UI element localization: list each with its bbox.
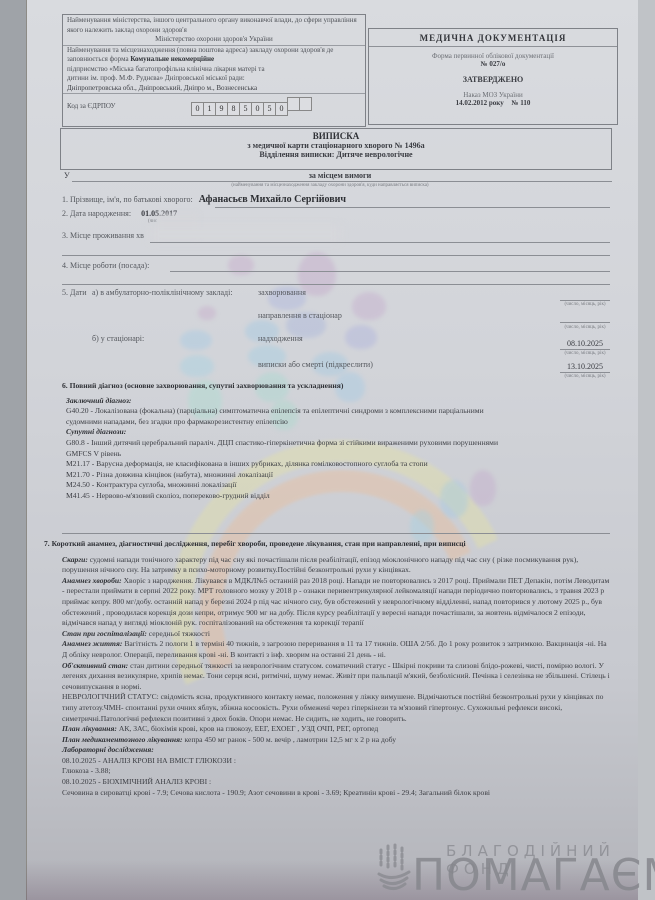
facility-header-box: Найменування міністерства, іншого центра… [62, 14, 366, 127]
diagnosis-item: G80.8 - Інший дитячий церебральний парал… [66, 438, 610, 449]
complaints-label: Скарги: [62, 555, 88, 564]
lab-test-title: 08.10.2025 - АНАЛІЗ КРОВІ НА ВМІСТ ГЛЮКО… [62, 756, 610, 767]
discharge-date: 13.10.2025 [558, 361, 612, 372]
diagnosis-item: M21.70 - Різна довжина кінцівок (набута)… [66, 470, 610, 481]
background-surface [638, 0, 655, 900]
inpatient-label: б) у стаціонарі: [92, 334, 144, 343]
diagnosis-item: M41.45 - Нервово-м'язовий сколіоз, попер… [66, 491, 610, 502]
diagnosis-item: GMFCS V рівень [66, 449, 610, 460]
life-history-text: Вагітність 2 пологи 1 в терміні 40 тижні… [62, 639, 607, 659]
admission-state-label: Стан при госпіталізації: [62, 629, 147, 638]
form-number: № 027/о [369, 60, 617, 68]
concomitant-diagnoses-label: Супутні діагнози: [66, 427, 610, 438]
date-caption: (число, місяць, рік) [560, 374, 610, 379]
approved-label: ЗАТВЕРДЖЕНО [369, 75, 617, 84]
medication-plan-label: План медикаментозного лікування: [62, 735, 183, 744]
redacted-address [150, 226, 340, 242]
order-number: № 110 [511, 99, 530, 107]
treatment-plan-text: АК, ЗАС, біохімія крові, кров на глюкозу… [119, 724, 378, 733]
extract-title-box: ВИПИСКА з медичної карти стаціонарного х… [60, 128, 612, 170]
neurological-status-text: НЕВРОЛОГІЧНИЙ СТАТУС: свідомість ясна, п… [62, 692, 610, 724]
extract-subtitle: з медичної карти стаціонарного хворого №… [61, 141, 611, 150]
disease-onset-label: захворювання [258, 288, 306, 297]
extract-title: ВИПИСКА [61, 131, 611, 141]
objective-state-text: стан дитини середньої тяжкості за неврол… [62, 661, 610, 691]
birth-date-label: 2. Дата народження: [62, 209, 131, 218]
form-info-box: МЕДИЧНА ДОКУМЕНТАЦІЯ Форма первинної обл… [368, 28, 618, 125]
recipient-prefix: У [64, 170, 70, 181]
medication-plan-text: кепра 450 мг ранок - 500 м. вечір , ламо… [184, 735, 396, 744]
edrpou-code: 01985050 [191, 97, 311, 116]
lab-test-value: Глюкоза - 3.88; [62, 766, 610, 777]
dates-label: 5. Дати [62, 288, 87, 297]
medical-documentation-title: МЕДИЧНА ДОКУМЕНТАЦІЯ [369, 29, 617, 47]
discharge-label: виписки або смерті (підкреслити) [258, 360, 373, 369]
patient-name-value: Афанасьєв Михайло Сергійович [199, 194, 346, 205]
final-diagnosis-line: G40.20 - Локалізована (фокальна) (парціа… [66, 406, 610, 417]
ministry-value: Міністерство охорони здоров'я України [63, 35, 365, 45]
diagnosis-section: 6. Повний діагноз (основне захворювання,… [62, 381, 610, 502]
facility-value-2: підприємство «Міська багатопрофільна клі… [63, 65, 365, 75]
disease-history-label: Анамнез хвороби: [62, 576, 122, 585]
workplace-label: 4. Місце роботи (посада): [62, 261, 149, 270]
lab-tests-label: Лабораторні дослідження: [62, 745, 610, 756]
final-diagnosis-line: судомними нападами, без згадки про фарма… [66, 417, 610, 428]
lab-test-value: Сечовина в сироватці крові - 7.9; Сечова… [62, 788, 610, 799]
date-caption: (число, місяць, рік) [560, 351, 610, 356]
fund-hand-logo-icon [375, 842, 413, 894]
complaints-text: судомні напади тонічного характеру під ч… [62, 555, 578, 575]
admission-state-text: середньої тяжкості [149, 629, 210, 638]
admission-date: 08.10.2025 [558, 338, 612, 349]
residence-label: 3. Місце проживання хв [62, 231, 144, 240]
diagnosis-heading: 6. Повний діагноз (основне захворювання,… [62, 381, 610, 392]
edrpou-digit [299, 97, 312, 111]
anamnesis-section: 7. Короткий анамнез, діагностичні дослід… [44, 539, 610, 798]
life-history-label: Анамнез життя: [62, 639, 122, 648]
outpatient-label: а) в амбулаторно-поліклінічному закладі: [92, 288, 233, 297]
form-label: Форма первинної облікової документації [369, 52, 617, 60]
ministry-label: Найменування міністерства, іншого центра… [63, 16, 365, 35]
anamnesis-heading: 7. Короткий анамнез, діагностичні дослід… [44, 539, 610, 550]
lab-test-title: 08.10.2025 - БІОХІМІЧНИЙ АНАЛІЗ КРОВІ : [62, 777, 610, 788]
date-caption: (число, місяць, рік) [560, 325, 610, 330]
referral-label: направлення в стаціонар [258, 311, 342, 320]
recipient-value: за місцем вимоги [240, 170, 440, 181]
birth-date-caption: (чис [148, 219, 157, 224]
recipient-caption: (найменування та місцезнаходження заклад… [160, 183, 500, 188]
date-caption: (число, місяць, рік) [560, 302, 610, 307]
facility-value-1: Комунальне некомерційне [130, 55, 214, 63]
diagnosis-item: M24.50 - Контрактура суглоба, множинні л… [66, 480, 610, 491]
fund-name-line2: ПОМАГАЄМ [412, 850, 655, 900]
order-date: 14.02.2012 року [456, 99, 504, 107]
disease-history-text: Хворіє з народження. Лікувався в МДКЛ№5 … [62, 576, 609, 627]
final-diagnosis-label: Заключний діагноз: [66, 396, 610, 407]
admission-label: надходження [258, 334, 303, 343]
edrpou-label: Код за ЄДРПОУ [67, 102, 191, 112]
diagnosis-item: M21.17 - Варусна деформація, не класифік… [66, 459, 610, 470]
discharge-department: Відділення виписки: Дитяче неврологічне [61, 150, 611, 159]
facility-address: Дніпропетровська обл., Дніпровський, Дні… [63, 84, 365, 94]
order-label: Наказ МОЗ України [369, 91, 617, 99]
treatment-plan-label: План лікування: [62, 724, 117, 733]
patient-name-label: 1. Прізвище, ім'я, по батькові хворого: [62, 195, 193, 204]
facility-value-3: дитини ім. проф. М.Ф. Руднєва» Дніпровсь… [63, 74, 365, 84]
objective-state-label: Об'єктивний стан: [62, 661, 128, 670]
